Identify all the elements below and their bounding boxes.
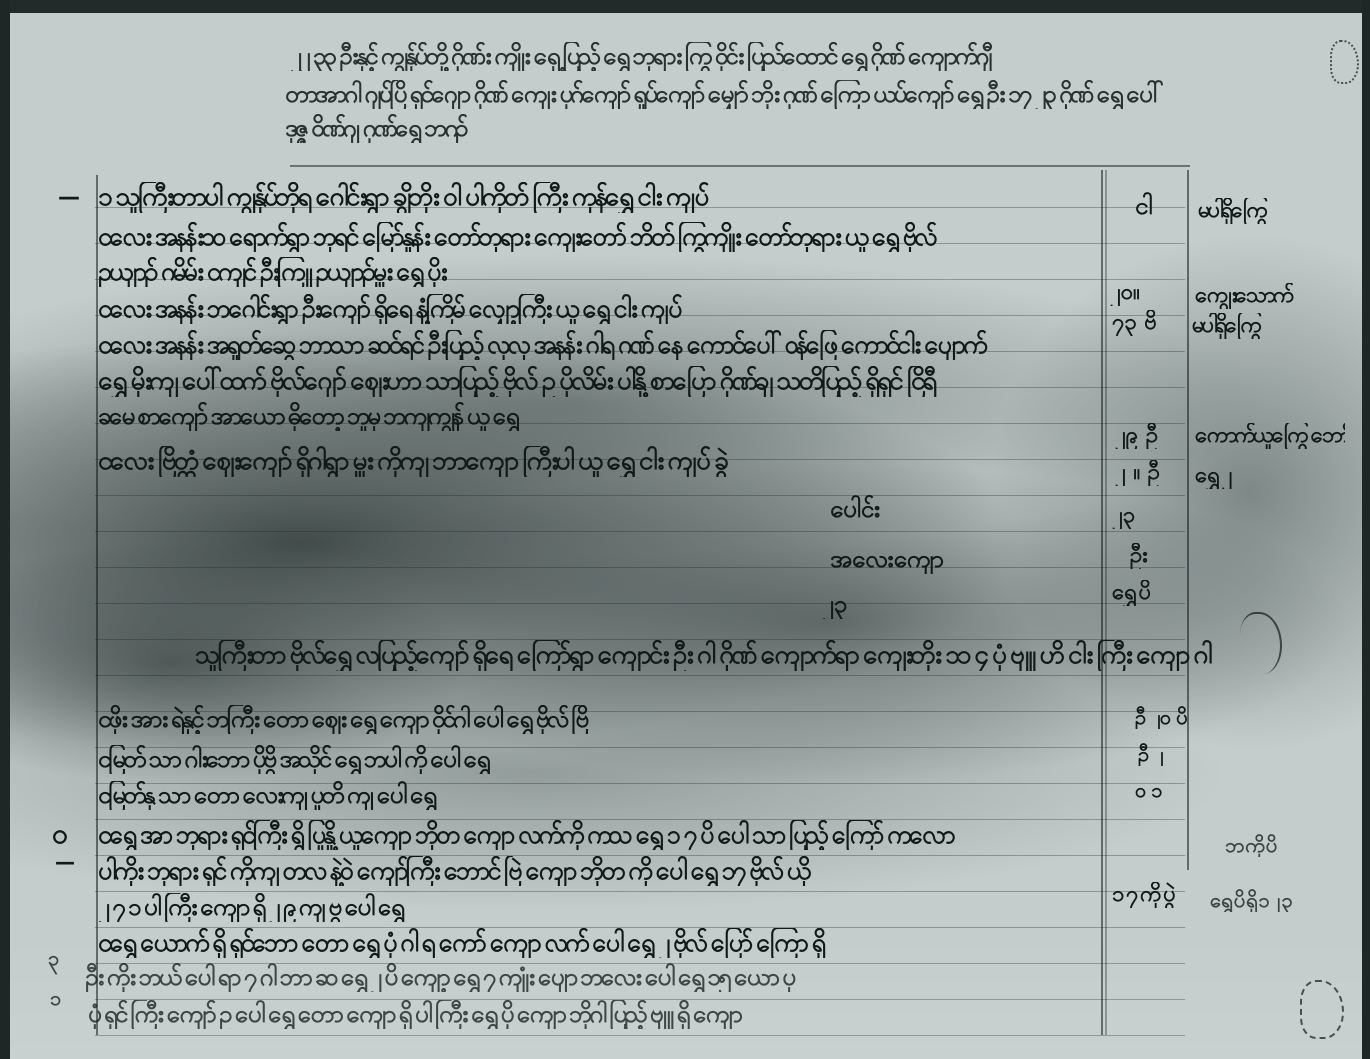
ledger-line: ၁ သူကြီးတာပါ ကျွန်ုပ်ဘိုရ ဂေါင်းရွာ ချွိ… — [98, 182, 763, 213]
margin-mark: ၁ — [50, 985, 61, 1015]
remark-entry: ရွှေ ၂ — [1195, 463, 1285, 489]
ledger-line: ရွှေ မိုးကျ ပေါ်ထက် ဗိုလ်ဂျော် ဈေးဟာ သာပ… — [98, 366, 1078, 397]
ledger-line: သူကြီးတာ ဗိုလ်ရွှေ လပြည့်ကျော် ရှိရေ ကြေ… — [195, 640, 1290, 671]
ledger-line: ငရွှေ ယောက် ရှိ ရှင်ဘော တော ရွှေ ပုံ ဂါ … — [98, 928, 1088, 958]
ledger-line: ဦး ကိုး ဘယ် ပေါ ရာ ၇ ဂါ ဘာ ဆ ရွှေ ၂ ပိ က… — [85, 963, 1090, 992]
header-rule — [290, 165, 1190, 167]
margin-mark: ၃ — [48, 945, 59, 975]
remark-column-header: မပါရှိကြွေ — [1198, 198, 1323, 224]
total-weight-label: အလေးကျော — [830, 545, 955, 574]
ink-flourish — [1330, 40, 1359, 84]
amount-entry: ၂၉ ဦ — [1115, 423, 1185, 449]
remark-entry: ရွှေ ပိ ရှိ ၁ ၂ ၃ — [1210, 888, 1345, 912]
amount-entry: ၁ ၇ ကို ပွဲ — [1112, 882, 1187, 908]
amount-column-left-line-inner — [1105, 170, 1107, 1035]
amount-entry: ၂၀။ — [1110, 280, 1180, 306]
total-value: ၂၃ — [822, 590, 872, 619]
scan-edge-left — [0, 0, 10, 1059]
amount-entry: ဦး — [1130, 543, 1180, 569]
ledger-line: ငမြတ်နှ သာ တော လေးကျ ပူတိ ကျ ပေါ ရွှေ — [98, 781, 533, 810]
ledger-line: ငဖိုး အား ရဲနှင့် ဘကြီး တော ဈေး ရွှေ ကျေ… — [98, 705, 748, 734]
ledger-line: ပါကိုး ဘုရား ရှင် ကိုကျ တလ နဲ့ဝဲ ကျော်ကြ… — [98, 856, 1093, 886]
amount-entry: ၇၃ ဗိ — [1112, 310, 1182, 336]
remark-entry: ဘ ကို ပိ — [1225, 833, 1310, 857]
amount-entry: ၂၃ — [1112, 503, 1172, 529]
ledger-line: ငလေး အနန်း၁၀ ရောက်ရွာ ဘုရင် မြော်နှုန်း … — [98, 222, 1073, 252]
header-line: တာအာဂါ ဂျပ်ပြိ ရှင်ဂျော ဂိုဏ် ကျေး ပုဂ်က… — [285, 80, 1300, 109]
ledger-line: ငမြတ် သာ ဂါးဘော ပိုဗွိ အသိုင် ရွှေ ဘပါ က… — [98, 745, 583, 774]
remark-entry: ကောက်ယူကြွေ ဘော် — [1195, 423, 1345, 449]
ledger-line: ငရွှေ အာ ဘုရား ရှင်ကြီး ရွိ ပြုနှို့ ယူက… — [98, 820, 1083, 850]
header-line: ဒုဇ္ဇ ဝိဏ်ဂျ ဂုဏ်ရွှေ ဘဂဉ် — [285, 114, 560, 143]
total-label: ပေါင်း — [830, 495, 920, 524]
amount-entry: ဝ ၁ — [1135, 778, 1185, 802]
scan-edge-top — [0, 0, 1370, 14]
header-line: ၂၂ ၃၃ ဦးနှင့် ကျွန်ုပ်တို့ ဂိုဏ်း ကျိုး … — [290, 42, 1340, 71]
margin-mark: — — [55, 850, 75, 874]
ledger-line: ပုံ ရှင် ကြီး ကျော် ဥ ပေါ ရွှေ တော ကျော … — [88, 1000, 1100, 1029]
amount-entry: ရွှေ ပိ — [1112, 580, 1184, 606]
amount-column-header: ငါ — [1135, 192, 1180, 221]
scan-edge-right — [1362, 0, 1370, 1059]
amount-column-left-line — [1101, 170, 1103, 1035]
remark-entry: ကျွေးသောက် — [1195, 283, 1335, 309]
ledger-line: ငလေး ဗြိတ္ထံ ဈေးကျော် ရှိဂါရွာ မှူး ကိုက… — [98, 446, 833, 477]
amount-entry: ၂ ။ ဦ — [1115, 460, 1185, 486]
amount-entry: ဦ ၂ — [1138, 742, 1188, 766]
ledger-line: ငလေး အနန်း အရှုတ်ဆွေ ဘာသာ ဆင်ရင် ဦးပြည့်… — [98, 330, 1083, 360]
ledger-line: ငလေး အနန်း ဘဂေါင်းရွာ ဦးကျော် ရှိရေ နံ့က… — [98, 294, 743, 324]
remark-entry: မပါရှိကြွေ — [1192, 313, 1312, 339]
ledger-line: ဥယျာဉ် ဂမိမ်း ငကျင် ဦးကြူ ဥယျာဉ်မှူး ရွှ… — [98, 257, 518, 287]
amount-entry: ဦ ၂၀ ပိ — [1135, 705, 1195, 729]
ledger-line: ၂ ၇ ၁ ပါ ကြီး ကျော ရှိ ၂ ၉ ကျ ဗွ ပေါ ရွှ… — [98, 893, 563, 922]
margin-mark: — — [58, 185, 80, 210]
ledger-line: ခမေ စာကျော် အာယော ဓိုတော့ ဘူမှ ဘကျကျွန် … — [98, 402, 613, 431]
